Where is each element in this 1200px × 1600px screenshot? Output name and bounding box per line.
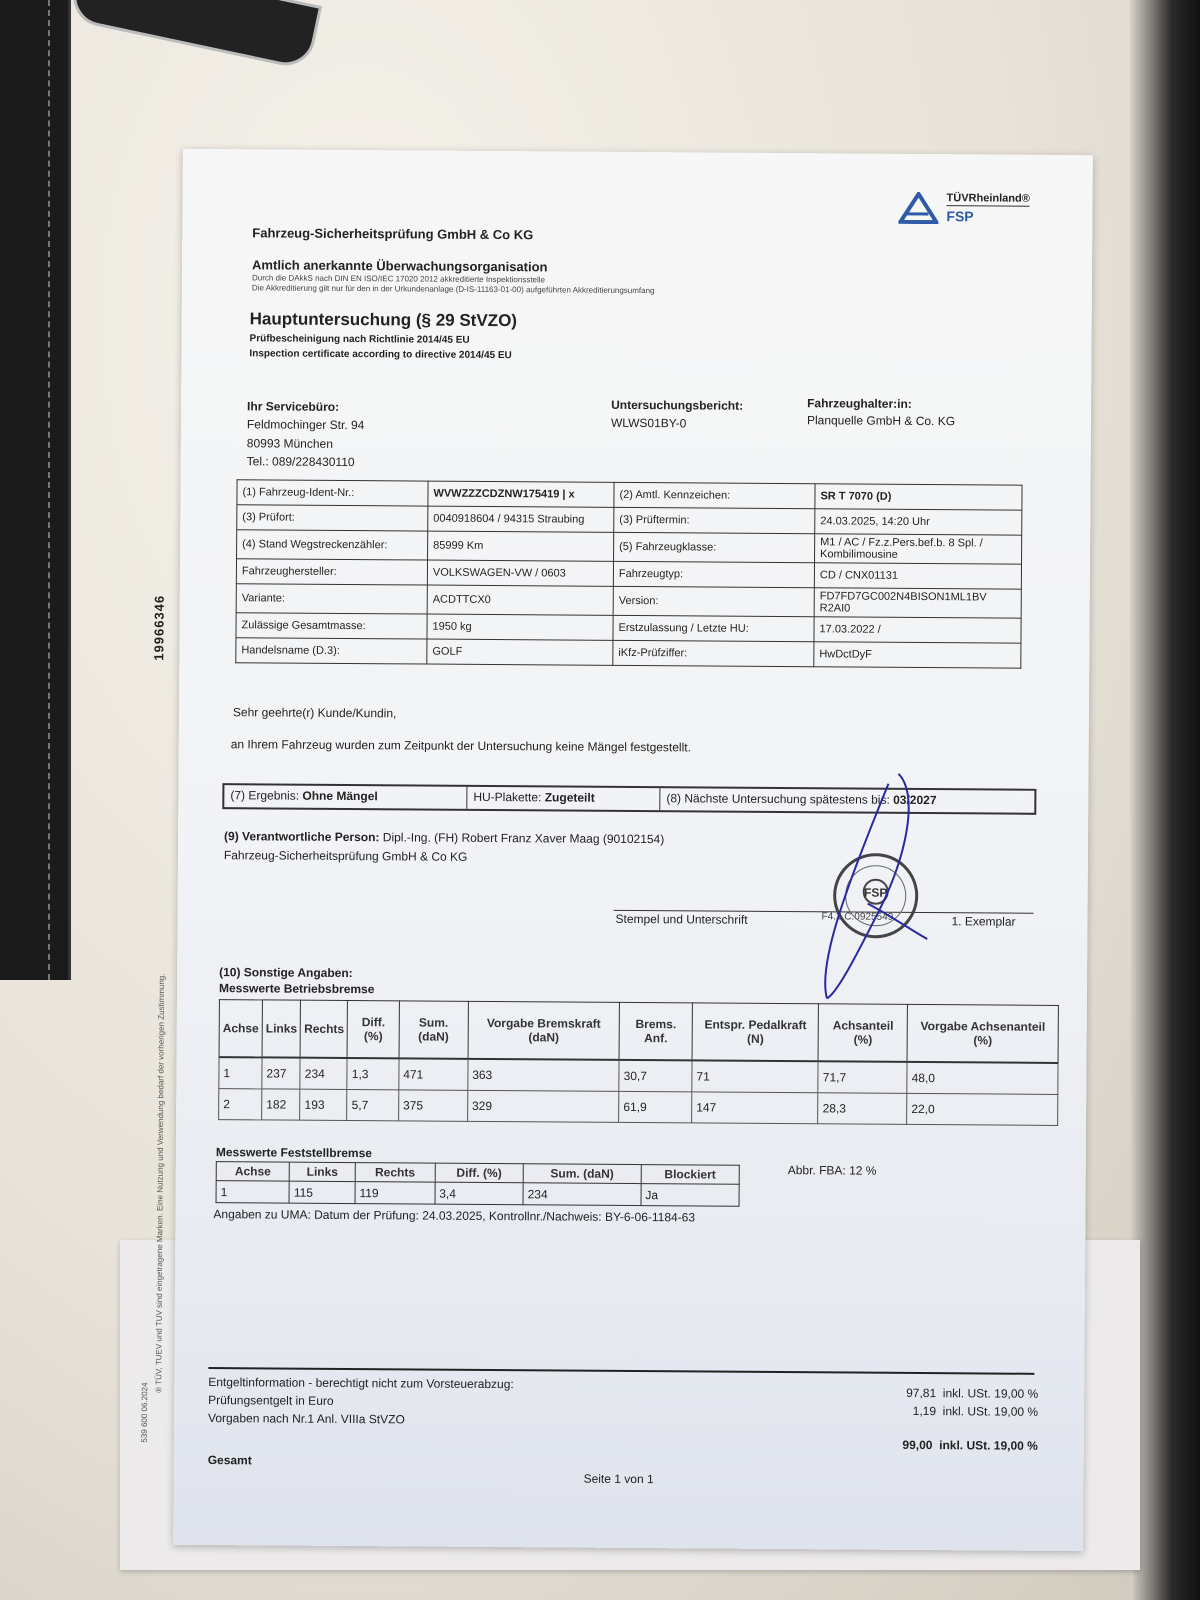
field-value: WVWZZZCDZNW175419 | x	[428, 481, 614, 507]
field-label: (3) Prüftermin:	[614, 507, 815, 533]
field-value: 0040918604 / 94315 Straubing	[428, 506, 614, 532]
fee-line-2: Vorgaben nach Nr.1 Anl. VIIIa StVZO	[208, 1411, 405, 1426]
field-label: Version:	[613, 586, 814, 616]
fee-line-1: Prüfungsentgelt in Euro	[208, 1393, 334, 1408]
field-label: Variante:	[236, 584, 427, 614]
table-cell: 71,7	[818, 1061, 907, 1093]
fee-heading: Entgeltinformation - berechtigt nicht zu…	[208, 1375, 514, 1391]
table-cell: 1	[219, 1057, 262, 1089]
table-cell: 61,9	[619, 1091, 692, 1123]
field-value: 17.03.2022 /	[814, 617, 1021, 643]
report-label: Untersuchungsbericht:	[611, 398, 743, 413]
table-cell: 234	[523, 1183, 641, 1206]
column-header: Vorgabe Bremskraft (daN)	[468, 1001, 620, 1060]
table-cell: 2	[219, 1089, 262, 1120]
column-header: Links	[289, 1162, 355, 1181]
stamp-label: Stempel und Unterschrift	[615, 912, 747, 927]
table-cell: 363	[468, 1059, 620, 1092]
holder-value: Planquelle GmbH & Co. KG	[807, 413, 955, 428]
column-header: Rechts	[300, 1000, 347, 1058]
field-value: SR T 7070 (D)	[815, 484, 1022, 510]
no-defects-statement: an Ihrem Fahrzeug wurden zum Zeitpunkt d…	[231, 737, 691, 754]
service-brake-title: Messwerte Betriebsbremse	[219, 981, 375, 996]
table-cell: 5,7	[347, 1090, 399, 1121]
org-title: Amtlich anerkannte Überwachungsorganisat…	[252, 257, 548, 274]
column-header: Achse	[216, 1162, 289, 1182]
field-label: (3) Prüfort:	[237, 505, 428, 531]
service-office-street: Feldmochinger Str. 94	[247, 417, 365, 432]
column-header: Entspr. Pedalkraft (N)	[692, 1003, 819, 1061]
column-header: Sum. (daN)	[399, 1001, 468, 1059]
table-cell: 115	[289, 1181, 355, 1203]
total-label: Gesamt	[208, 1453, 252, 1467]
result-bar: (7) Ergebnis: Ohne Mängel HU-Plakette: Z…	[222, 783, 1036, 815]
subtitle-de: Prüfbescheinigung nach Richtlinie 2014/4…	[250, 333, 470, 346]
service-office-label: Ihr Servicebüro:	[247, 399, 339, 414]
table-cell: 182	[262, 1089, 301, 1120]
field-value: ACDTTCX0	[427, 585, 613, 615]
copy-label: 1. Exemplar	[951, 914, 1015, 928]
vehicle-data-table: (1) Fahrzeug-Ident-Nr.:WVWZZZCDZNW175419…	[235, 479, 1022, 668]
document-title: Hauptuntersuchung (§ 29 StVZO)	[250, 309, 517, 331]
table-cell: 234	[300, 1058, 347, 1090]
service-brake-table: AchseLinksRechtsDiff. (%)Sum. (daN)Vorga…	[218, 999, 1059, 1126]
table-cell: 329	[467, 1090, 619, 1122]
column-header: Vorgabe Achsenanteil (%)	[907, 1004, 1058, 1063]
field-label: (1) Fahrzeug-Ident-Nr.:	[237, 480, 428, 506]
leather-folder	[0, 0, 71, 980]
table-cell: 28,3	[818, 1093, 907, 1125]
field-label: Zulässige Gesamtmasse:	[236, 613, 427, 639]
field-label: Fahrzeughersteller:	[236, 559, 427, 585]
table-row: 21821935,737532961,914728,322,0	[219, 1089, 1058, 1126]
column-header: Brems. Anf.	[619, 1002, 692, 1060]
table-row: 11151193,4234Ja	[216, 1181, 739, 1207]
fee-amount-2: 1,19 inkl. USt. 19,00 %	[913, 1404, 1039, 1419]
table-row: Handelsname (D.3):GOLFiKfz-Prüfziffer:Hw…	[236, 638, 1021, 668]
field-label: (2) Amtl. Kennzeichen:	[614, 482, 815, 508]
greeting: Sehr geehrte(r) Kunde/Kundin,	[233, 705, 397, 720]
fee-divider	[208, 1367, 1034, 1375]
side-serial-number: 19966346	[151, 595, 166, 661]
plakette-value: Zugeteilt	[545, 790, 595, 804]
phone-edge	[68, 0, 322, 71]
column-header: Diff. (%)	[347, 1001, 399, 1059]
field-value: HwDctDyF	[814, 642, 1021, 668]
table-cell: 71	[692, 1060, 819, 1092]
result-value: Ohne Mängel	[302, 789, 377, 804]
table-cell: 48,0	[907, 1062, 1058, 1095]
parking-brake-title: Messwerte Feststellbremse	[216, 1145, 372, 1160]
responsible-name: Dipl.-Ing. (FH) Robert Franz Xaver Maag …	[383, 830, 665, 846]
table-cell: 471	[399, 1058, 468, 1090]
field-value: M1 / AC / Fz.z.Pers.bef.b. 8 Spl. / Komb…	[815, 534, 1022, 564]
column-header: Achsanteil (%)	[818, 1004, 907, 1062]
report-value: WLWS01BY-0	[611, 416, 686, 431]
fee-amount-1: 97,81 inkl. USt. 19,00 %	[906, 1386, 1038, 1401]
tuv-triangle-icon	[898, 192, 938, 224]
plakette-cell: HU-Plakette: Zugeteilt	[467, 787, 660, 810]
field-label: Handelsname (D.3):	[236, 638, 427, 664]
table-cell: 375	[398, 1090, 467, 1121]
table-cell: 1	[216, 1181, 289, 1204]
logo-fsp: FSP	[946, 208, 973, 224]
uma-info: Angaben zu UMA: Datum der Prüfung: 24.03…	[213, 1207, 695, 1224]
column-header: Rechts	[355, 1163, 435, 1183]
fee-total: 99,00 inkl. USt. 19,00 %	[902, 1438, 1038, 1453]
table-cell: 3,4	[435, 1182, 524, 1205]
responsible-company: Fahrzeug-Sicherheitsprüfung GmbH & Co KG	[224, 848, 468, 864]
field-value: FD7FD7GC002N4BISON1ML1BV R2AI0	[814, 588, 1021, 618]
service-office-city: 80993 München	[247, 436, 333, 451]
column-header: Links	[262, 1000, 301, 1058]
field-label: (5) Fahrzeugklasse:	[614, 532, 815, 562]
field-value: VOLKSWAGEN-VW / 0603	[427, 560, 613, 586]
svg-text:FSP: FSP	[864, 886, 887, 900]
field-label: (4) Stand Wegstreckenzähler:	[237, 530, 428, 560]
parking-brake-table: AchseLinksRechtsDiff. (%)Sum. (daN)Block…	[216, 1161, 740, 1207]
tuv-fsp-logo: TÜVRheinland® FSP	[898, 188, 1048, 229]
page-number: Seite 1 von 1	[584, 1472, 654, 1486]
field-value: 85999 Km	[428, 531, 614, 561]
column-header: Achse	[219, 1000, 262, 1058]
fba-value: Abbr. FBA: 12 %	[788, 1163, 877, 1178]
result-cell: (7) Ergebnis: Ohne Mängel	[224, 785, 467, 809]
field-value: 24.03.2025, 14:20 Uhr	[815, 509, 1022, 535]
field-value: CD / CNX01131	[814, 563, 1021, 589]
table-cell: 237	[262, 1057, 301, 1089]
dark-background-edge	[1130, 0, 1200, 1600]
table-cell: Ja	[641, 1184, 739, 1207]
side-form-code: 539 600 06.2024	[140, 1383, 149, 1443]
field-value: GOLF	[427, 639, 613, 665]
field-label: Fahrzeugtyp:	[613, 561, 814, 587]
table-cell: 193	[300, 1089, 347, 1120]
accreditation-line-2: Die Akkreditierung gilt nur für den in d…	[252, 283, 655, 295]
column-header: Blockiert	[641, 1165, 739, 1185]
company-name: Fahrzeug-Sicherheitsprüfung GmbH & Co KG	[252, 225, 533, 242]
table-cell: 147	[692, 1092, 819, 1124]
table-cell: 119	[355, 1182, 435, 1205]
inspection-certificate: TÜVRheinland® FSP Fahrzeug-Sicherheitspr…	[173, 149, 1093, 1551]
holder-label: Fahrzeughalter:in:	[807, 396, 912, 411]
column-header: Sum. (daN)	[523, 1164, 641, 1184]
table-cell: 1,3	[347, 1058, 399, 1090]
official-stamp-icon: FSP	[831, 851, 920, 940]
table-cell: 30,7	[619, 1060, 692, 1092]
logo-brand: TÜVRheinland®	[947, 192, 1030, 207]
field-value: 1950 kg	[427, 614, 613, 640]
service-office-phone: Tel.: 089/228430110	[247, 454, 355, 469]
field-label: Erstzulassung / Letzte HU:	[613, 615, 814, 641]
next-inspection-value: 03/2027	[893, 793, 936, 807]
subtitle-en: Inspection certificate according to dire…	[249, 348, 511, 361]
other-info-title: (10) Sonstige Angaben:	[219, 965, 353, 980]
responsible-person: (9) Verantwortliche Person: Dipl.-Ing. (…	[224, 829, 664, 846]
column-header: Diff. (%)	[435, 1163, 524, 1183]
table-cell: 22,0	[907, 1093, 1058, 1125]
field-label: iKfz-Prüfziffer:	[613, 640, 814, 666]
next-inspection-cell: (8) Nächste Untersuchung spätestens bis:…	[660, 788, 1034, 813]
